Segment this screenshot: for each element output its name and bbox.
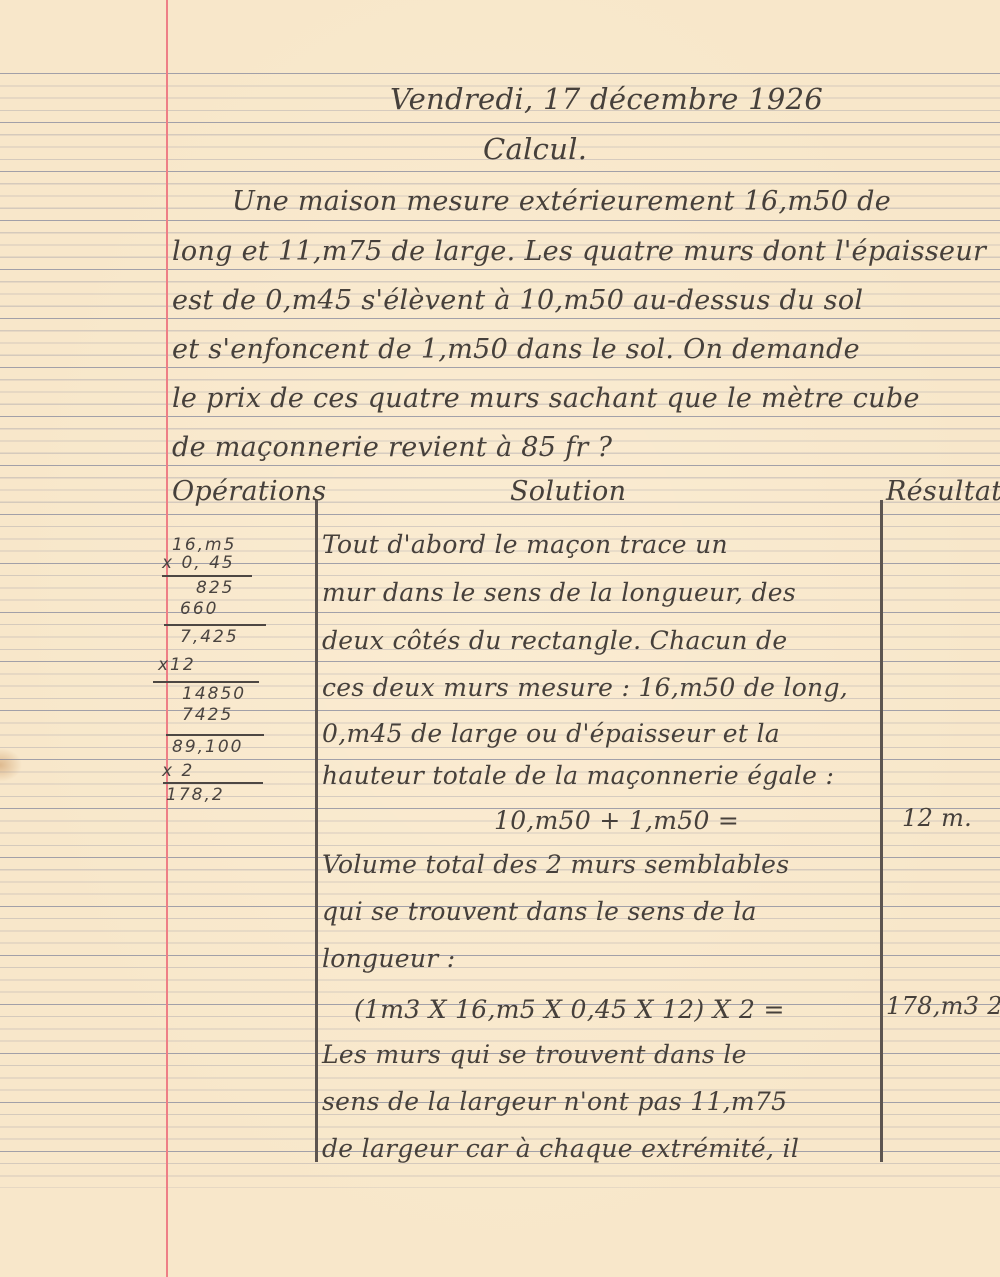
solution-line-2: mur dans le sens de la longueur, des [322,578,796,607]
solution-line-1: Tout d'abord le maçon trace un [322,530,728,559]
solution-line-12: Les murs qui se trouvent dans le [322,1040,747,1069]
problem-line-3: est de 0,m45 s'élèvent à 10,m50 au-dessu… [172,285,863,316]
op-multiplier: x 0, 45 [162,553,235,573]
solution-line-10: longueur : [322,944,455,973]
solution-line-14: de largeur car à chaque extrémité, il [322,1134,799,1163]
solution-line-13: sens de la largeur n'ont pas 11,m75 [322,1087,787,1116]
op-multiplier-3: x 2 [162,761,194,781]
problem-line-6: de maçonnerie revient à 85 fr ? [172,432,612,463]
op-rule-2 [164,624,266,626]
result-volume-long-walls: 178,m3 200 [886,992,1000,1020]
op-rule-4 [166,734,264,736]
solution-line-6: hauteur totale de la maçonnerie égale : [322,761,834,790]
problem-line-4: et s'enfoncent de 1,m50 dans le sol. On … [172,334,860,365]
problem-line-1: Une maison mesure extérieurement 16,m50 … [232,186,891,217]
op-final-product: 178,2 [166,785,225,805]
solution-left-divider [315,500,318,1162]
op-product-1: 7,425 [180,627,239,647]
op-multiplier-2: x12 [158,655,196,675]
red-margin-line [166,0,168,1277]
problem-line-2: long et 11,m75 de large. Les quatre murs… [172,236,986,267]
op-rule-1 [162,575,252,577]
result-height-total: 12 m. [902,804,972,832]
op-rule-3 [153,681,259,683]
solution-line-8: Volume total des 2 murs semblables [322,850,789,879]
date-heading: Vendredi, 17 décembre 1926 [390,82,823,116]
op-rule-5 [163,782,263,784]
result-header: Résultat [886,476,1000,507]
op-partial-2: 660 [180,599,218,619]
notebook-page: Vendredi, 17 décembre 1926 Calcul. Une m… [0,0,1000,1277]
problem-line-5: le prix de ces quatre murs sachant que l… [172,383,920,414]
solution-height-sum: 10,m50 + 1,m50 = [494,806,739,835]
solution-volume-formula: (1m3 X 16,m5 X 0,45 X 12) X 2 = [354,995,785,1024]
solution-line-9: qui se trouvent dans le sens de la [322,897,757,926]
solution-header: Solution [510,476,626,507]
solution-line-4: ces deux murs mesure : 16,m50 de long, [322,673,848,702]
subject-heading: Calcul. [483,132,587,166]
op-partial-1: 825 [196,578,234,598]
op-partial-4: 7425 [182,705,233,725]
op-partial-3: 14850 [182,684,246,704]
op-product-2: 89,100 [172,737,243,757]
result-left-divider [880,500,883,1162]
op-multiplicand: 16,m5 [172,535,236,555]
solution-line-5: 0,m45 de large ou d'épaisseur et la [322,719,780,748]
solution-line-3: deux côtés du rectangle. Chacun de [322,626,787,655]
operations-header: Opérations [172,476,326,507]
